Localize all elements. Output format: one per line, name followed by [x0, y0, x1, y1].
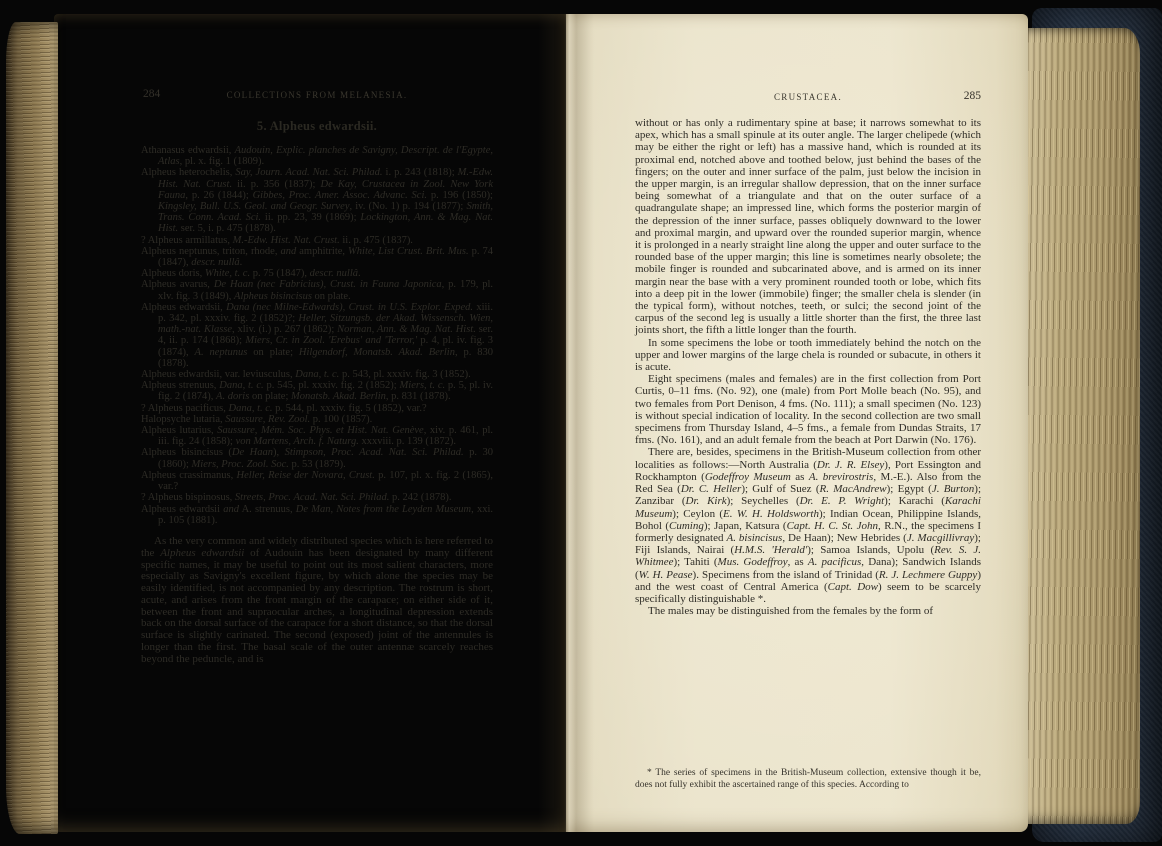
paragraph: As the very common and widely distribute…	[141, 536, 493, 666]
synonymy-entry: Alpheus avarus, De Haan (nec Fabricius),…	[141, 279, 493, 301]
right-page-paragraphs: without or has only a rudimentary spine …	[635, 117, 981, 617]
left-running-head: COLLECTIONS FROM MELANESIA.	[141, 90, 493, 100]
synonymy-entry: ? Alpheus armillatus, M.-Edw. Hist. Nat.…	[141, 235, 493, 246]
synonymy-entry: ? Alpheus pacificus, Dana, t. c. p. 544,…	[141, 403, 493, 414]
right-page: CRUSTACEA. 285 without or has only a rud…	[566, 14, 1028, 832]
right-running-head: CRUSTACEA.	[635, 92, 981, 102]
left-page-header: 284 COLLECTIONS FROM MELANESIA.	[141, 90, 493, 103]
synonymy-entry: Athanasus edwardsii, Audouin, Explic. pl…	[141, 145, 493, 167]
synonymy-entry: Alpheus bisincisus (De Haan), Stimpson, …	[141, 447, 493, 469]
left-page-number: 284	[143, 88, 160, 100]
synonymy-entry: Alpheus strenuus, Dana, t. c. p. 545, pl…	[141, 380, 493, 402]
paragraph: There are, besides, specimens in the Bri…	[635, 446, 981, 605]
paragraph: The males may be distinguished from the …	[635, 605, 981, 617]
synonymy-entry: Alpheus crassimanus, Heller, Reise der N…	[141, 470, 493, 492]
synonymy-entry: Alpheus edwardsii and A. strenuus, De Ma…	[141, 504, 493, 526]
right-page-edges	[1022, 28, 1140, 824]
synonymy-entry: Alpheus doris, White, t. c. p. 75 (1847)…	[141, 268, 493, 279]
left-page-content: 284 COLLECTIONS FROM MELANESIA. 5. Alphe…	[141, 90, 493, 666]
synonymy-entry: ? Alpheus bispinosus, Streets, Proc. Aca…	[141, 492, 493, 503]
synonymy-entry: Alpheus neptunus, triton, rhode, and amp…	[141, 246, 493, 268]
synonymy-entry: Alpheus heterochelis, Say, Journ. Acad. …	[141, 167, 493, 234]
right-page-content: CRUSTACEA. 285 without or has only a rud…	[635, 92, 981, 617]
synonymy-entry: Alpheus lutarius, Saussure, Mém. Soc. Ph…	[141, 425, 493, 447]
synonymy-entry: Alpheus edwardsii, var. leviusculus, Dan…	[141, 369, 493, 380]
book-photo: 284 COLLECTIONS FROM MELANESIA. 5. Alphe…	[0, 0, 1162, 846]
synonymy-entry: Halopsyche lutaria, Saussure, Rev. Zool.…	[141, 414, 493, 425]
synonymy-list: Athanasus edwardsii, Audouin, Explic. pl…	[141, 145, 493, 526]
right-page-number: 285	[964, 90, 981, 102]
paragraph: without or has only a rudimentary spine …	[635, 117, 981, 337]
right-page-header: CRUSTACEA. 285	[635, 92, 981, 105]
paragraph: Eight specimens (males and females) are …	[635, 373, 981, 446]
left-page-edges	[6, 22, 58, 834]
synonymy-entry: Alpheus edwardsii, Dana (nec Milne-Edwar…	[141, 302, 493, 369]
paragraph: In some specimens the lobe or tooth imme…	[635, 337, 981, 374]
footnote: * The series of specimens in the British…	[635, 768, 981, 791]
section-heading: 5. Alpheus edwardsii.	[141, 119, 493, 134]
left-page-paragraphs: As the very common and widely distribute…	[141, 536, 493, 666]
left-page: 284 COLLECTIONS FROM MELANESIA. 5. Alphe…	[54, 14, 566, 832]
